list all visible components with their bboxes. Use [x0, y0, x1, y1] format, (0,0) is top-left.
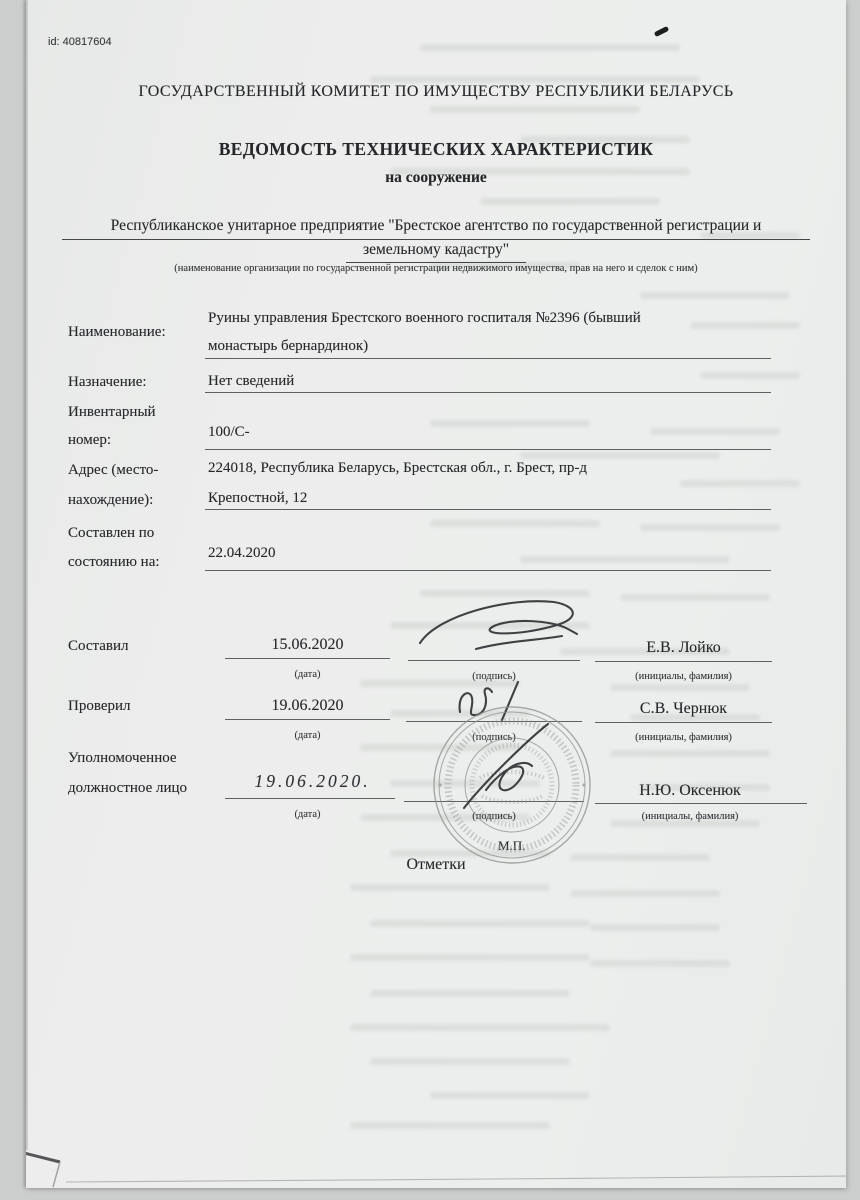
sig-row2-date-line: [225, 719, 390, 720]
sig-row2-name-line: [595, 722, 772, 723]
field-inventory-label1: Инвентарный: [68, 403, 156, 421]
organization-name-line2: земельному кадастру": [346, 241, 526, 263]
bleed-through-artifact: [690, 322, 800, 329]
field-name-label: Наименование:: [68, 323, 166, 341]
field-address-value-line1: 224018, Республика Беларусь, Брестская о…: [208, 459, 587, 477]
bleed-through-artifact: [640, 292, 790, 299]
bleed-through-artifact: [520, 556, 730, 563]
field-asof-label1: Составлен по: [68, 524, 154, 542]
field-asof-label2: состоянию на:: [68, 553, 160, 571]
field-inventory-value: 100/С-: [208, 423, 250, 441]
signature-sostavil: [414, 595, 586, 665]
field-purpose-value: Нет сведений: [208, 372, 294, 390]
field-purpose-underline: [205, 392, 771, 393]
sig-row3-date-line: [225, 798, 395, 799]
bleed-through-artifact: [590, 960, 730, 967]
document-title: ВЕДОМОСТЬ ТЕХНИЧЕСКИХ ХАРАКТЕРИСТИК: [26, 139, 846, 160]
sig-row3-name: Н.Ю. Оксенюк: [595, 781, 785, 800]
sig-row2-caption-date: (дата): [225, 730, 390, 743]
bleed-through-artifact: [680, 480, 800, 487]
sig-row2-name: С.В. Чернюк: [595, 699, 772, 718]
bleed-through-artifact: [570, 890, 720, 897]
bleed-through-artifact: [610, 750, 770, 757]
sig-row1-caption-name: (инициалы, фамилия): [595, 671, 772, 684]
bleed-through-artifact: [430, 1092, 590, 1099]
field-purpose-label: Назначение:: [68, 373, 147, 391]
bleed-through-artifact: [480, 198, 660, 205]
organization-caption: (наименование организации по государстве…: [26, 263, 846, 276]
field-name-underline: [205, 358, 771, 359]
sig-row1-caption-date: (дата): [225, 669, 390, 682]
field-inventory-underline: [205, 449, 771, 450]
bleed-through-artifact: [520, 452, 720, 459]
bleed-through-artifact: [430, 520, 600, 527]
sig-row3-caption-name: (инициалы, фамилия): [595, 811, 785, 824]
bleed-through-artifact: [640, 524, 780, 531]
sig-row1-date: 15.06.2020: [225, 635, 390, 654]
sig-row3-role-line2: должностное лицо: [68, 779, 187, 797]
sig-row3-role-line1: Уполномоченное: [68, 749, 177, 767]
field-inventory-label2: номер:: [68, 431, 111, 449]
bleed-through-artifact: [350, 954, 590, 961]
bleed-through-artifact: [430, 106, 640, 113]
sig-row3-date-handwritten: 19.06.2020.: [225, 771, 400, 792]
bleed-through-artifact: [370, 990, 570, 997]
organization-name-line1: Республиканское унитарное предприятие "Б…: [62, 217, 810, 240]
signature-upolnomochennoe: [456, 718, 560, 818]
bleed-through-artifact: [590, 924, 720, 931]
field-address-value-line2: Крепостной, 12: [208, 489, 307, 507]
field-address-underline: [205, 509, 771, 510]
sig-row1-role: Составил: [68, 637, 129, 655]
pen-mark: [654, 26, 670, 37]
field-asof-value: 22.04.2020: [208, 544, 276, 562]
bleed-through-artifact: [370, 1058, 570, 1065]
field-address-label1: Адрес (место-: [68, 461, 158, 479]
bleed-through-artifact: [700, 372, 800, 379]
sig-row3-name-line: [595, 803, 807, 804]
sig-row1-date-line: [225, 658, 390, 659]
field-address-label2: нахождение):: [68, 491, 153, 509]
page-fold-crease: [26, 1145, 846, 1188]
bleed-through-artifact: [370, 920, 590, 927]
sig-row2-role: Проверил: [68, 697, 131, 715]
field-name-value-line1: Руины управления Брестского военного гос…: [208, 309, 641, 327]
sig-row3-caption-date: (дата): [225, 809, 390, 822]
document-page: id: 40817604 ГОСУДАРСТВЕННЫЙ КОМИТЕТ ПО …: [26, 0, 846, 1188]
bleed-through-artifact: [430, 420, 590, 427]
committee-heading: ГОСУДАРСТВЕННЫЙ КОМИТЕТ ПО ИМУЩЕСТВУ РЕС…: [26, 82, 846, 101]
sig-row2-caption-name: (инициалы, фамилия): [595, 732, 772, 745]
bleed-through-artifact: [420, 44, 680, 51]
document-subtitle: на сооружение: [26, 169, 846, 188]
bleed-through-artifact: [610, 684, 750, 691]
field-name-value-line2: монастырь бернардинок): [208, 337, 368, 355]
sig-row1-name: Е.В. Лойко: [595, 638, 772, 657]
bleed-through-artifact: [350, 1122, 550, 1129]
sig-row2-date: 19.06.2020: [225, 696, 390, 715]
sig-row1-name-line: [595, 661, 772, 662]
bleed-through-artifact: [350, 1024, 610, 1031]
field-asof-underline: [205, 570, 771, 571]
bleed-through-artifact: [350, 884, 550, 891]
scan-id-label: id: 40817604: [48, 36, 112, 49]
bleed-through-artifact: [650, 428, 780, 435]
bleed-through-artifact: [620, 594, 770, 601]
